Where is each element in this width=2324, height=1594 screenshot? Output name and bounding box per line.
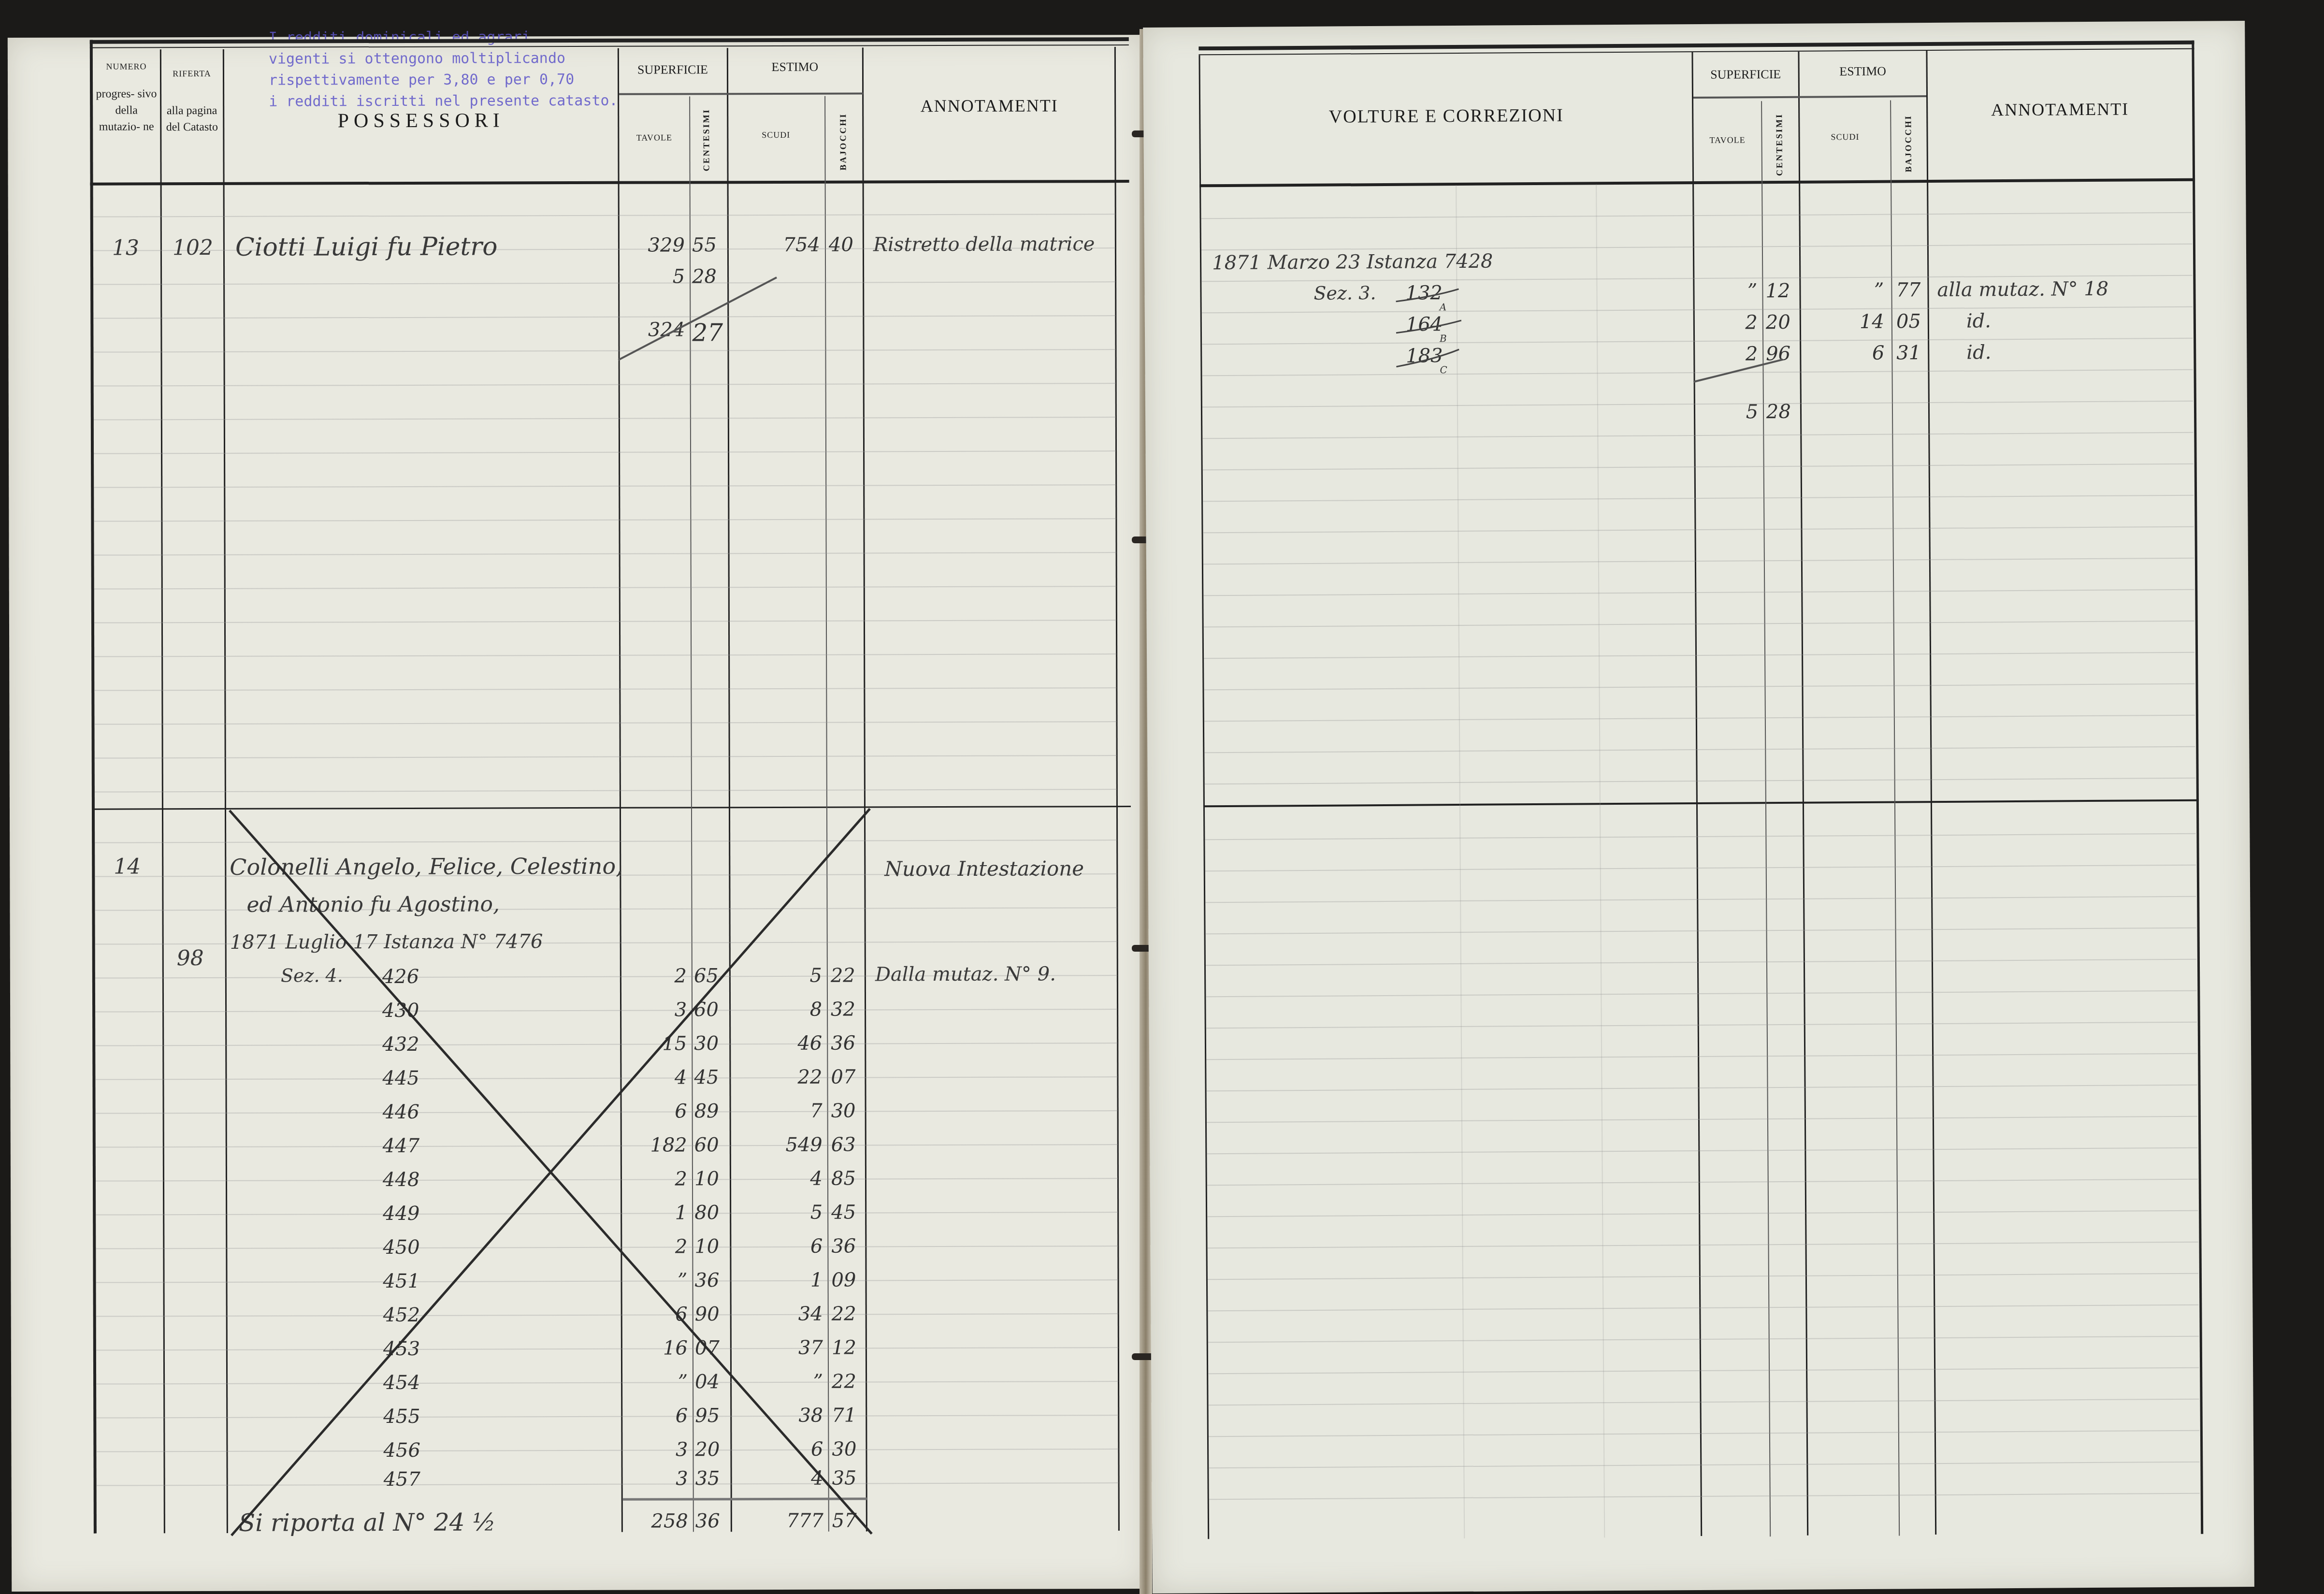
voltura-mappa: 132 [1405,282,1444,304]
entry-13-possessore: Ciotti Luigi fu Pietro [235,232,498,261]
header-superficie: SUPERFICIE [619,62,726,77]
parcel-bajocchi: 32 [831,998,860,1020]
voltura-item: 132 A ” 12 ” 77 alla mutaz. N° 18 [1143,21,2245,28]
voltura-centesimi: 96 [1766,343,1795,365]
voltura-sezione: Sez. 3. [1314,282,1376,304]
header-superficie: SUPERFICIE [1693,67,1798,82]
riporto-centesimi: 36 [695,1510,724,1532]
parcel-centesimi: 60 [694,999,723,1021]
parcel-bajocchi: 22 [832,1303,861,1325]
entry-14-annotamento-2: Dalla mutaz. N° 9. [875,963,1056,985]
voltura-scudi: 6 [1812,342,1884,365]
parcel-centesimi: 65 [694,965,723,987]
parcel-bajocchi: 85 [831,1167,860,1189]
parcel-centesimi: 60 [694,1134,723,1156]
entry-13-scudi: 754 [752,234,820,256]
parcel-mappa: 452 [383,1304,427,1326]
parcel-scudi: 549 [755,1134,823,1156]
parcel-tavole: 4 [624,1066,687,1088]
header-annotamenti: ANNOTAMENTI [1928,99,2192,120]
parcel-bajocchi: 36 [831,1032,860,1054]
parcel-bajocchi: 07 [831,1066,860,1088]
entry-13-centesimi-3: 27 [692,319,721,347]
parcel-tavole: 182 [624,1134,687,1156]
voltura-mappa: 164 [1406,313,1444,335]
entry-13-tavole-3: 324 [622,319,685,341]
parcel-tavole: 2 [624,1235,687,1258]
voltura-centesimi: 20 [1766,311,1795,333]
parcel-bajocchi: 30 [832,1438,861,1460]
stamp-line-1: I redditi dominicali ed agrari [269,27,618,49]
parcel-tavole: 6 [625,1405,688,1427]
parcel-scudi: 38 [755,1405,823,1427]
parcel-scudi: ” [755,1371,823,1393]
entry-13-tavole-2: 5 [622,265,685,288]
parcel-scudi: 22 [754,1066,822,1088]
header-possessori: POSSESSORI [225,109,617,133]
parcel-mappa: 448 [383,1169,426,1191]
riporto-bajocchi: 57 [832,1509,861,1532]
entry-14-sezione: Sez. 4. [281,965,343,986]
voltura-annotamento: id. [1966,341,1991,363]
parcel-tavole: 3 [624,999,687,1021]
parcel-scudi: 46 [754,1032,822,1055]
left-ledger-page: I redditi dominicali ed agrari vigenti s… [8,35,1147,1592]
entry-13-tavole-1: 329 [622,234,685,256]
voltura-tavole: 2 [1696,343,1758,365]
entry-separator-rule [92,806,1131,810]
parcel-tavole: ” [625,1371,688,1393]
parcel-centesimi: 45 [694,1066,723,1088]
parcel-centesimi: 10 [694,1168,723,1190]
parcel-scudi: 7 [755,1100,823,1122]
parcel-scudi: 4 [756,1467,823,1490]
header-bottom-rule [90,180,1129,186]
parcel-bajocchi: 12 [832,1336,861,1359]
frame-right-border [2192,41,2203,1534]
voltura-item: 164 B 2 20 14 05 id. [1143,21,2245,28]
header-centesimi: CENTESIMI [1774,113,1785,176]
total-rule [623,1497,867,1500]
parcel-centesimi: 20 [695,1438,724,1461]
riporto-scudi: 777 [756,1510,823,1532]
voltura-sub: C [1440,364,1447,376]
stamp-line-3: rispettivamente per 3,80 e per 0,70 [269,69,618,91]
frame-left-border [90,40,97,1534]
entry-14-numero: 14 [114,854,141,879]
parcel-mappa: 451 [383,1270,426,1292]
header-annotamenti: ANNOTAMENTI [864,95,1114,116]
parcel-bajocchi: 30 [831,1100,860,1122]
header-tavole: TAVOLE [619,132,689,143]
parcel-bajocchi: 35 [832,1467,861,1489]
voltura-mappa: 183 [1406,345,1444,367]
parcel-tavole: 2 [624,1168,687,1190]
parcel-mappa: 457 [384,1468,427,1491]
parcel-mappa: 456 [383,1439,427,1462]
entry-13-annotamento: Ristretto della matrice [873,233,1095,256]
voltura-bajocchi: 05 [1896,310,1925,333]
parcel-bajocchi: 63 [831,1133,860,1156]
parcel-scudi: 6 [755,1235,823,1258]
parcel-tavole: 2 [624,965,687,987]
entry-14-istanza: 1871 Luglio 17 Istanza N° 7476 [230,930,543,954]
entry-14-possessore-line-1: Colonelli Angelo, Felice, Celestino, [230,853,623,880]
parcel-mappa: 446 [383,1101,426,1123]
parcel-centesimi: 10 [694,1235,723,1258]
parcel-mappa: 453 [383,1338,427,1360]
header-estimo: ESTIMO [1800,64,1926,79]
col-divider-superficie [1798,52,1808,1536]
parcel-scudi: 5 [754,965,822,987]
parcel-mappa: 447 [383,1135,426,1157]
parcel-scudi: 1 [755,1269,823,1291]
parcel-centesimi: 30 [694,1032,723,1055]
entry-14-annotamento-1: Nuova Intestazione [884,856,1084,881]
parcel-tavole: 3 [625,1438,688,1461]
parcel-scudi: 37 [755,1337,823,1359]
parcel-bajocchi: 36 [831,1235,860,1257]
right-ledger-page: VOLTURE E CORREZIONI SUPERFICIE ESTIMO T… [1143,21,2254,1594]
parcel-mappa: 426 [382,966,426,988]
entry-13-centesimi-1: 55 [692,234,721,256]
riporto-label: Si riporta al N° 24 ½ [239,1508,496,1536]
parcel-tavole: 1 [624,1202,687,1224]
voltura-annotamento: alla mutaz. N° 18 [1937,278,2108,301]
entry-separator-rule [1203,799,2199,808]
frame-left-border [1198,55,1209,1539]
voltura-tavole: 2 [1696,311,1758,334]
parcel-tavole: ” [624,1269,687,1291]
voltura-sub: A [1440,301,1447,313]
header-volture-correzioni: VOLTURE E CORREZIONI [1200,104,1692,128]
header-tavole: TAVOLE [1694,135,1761,145]
voltura-bajocchi: 31 [1896,342,1925,364]
parcel-mappa: 432 [382,1033,426,1056]
entry-13-centesimi-2: 28 [692,265,721,288]
parcel-centesimi: 95 [695,1405,724,1427]
voltura-bajocchi: 77 [1896,279,1925,301]
col-divider-volture [1691,52,1702,1536]
voltura-total-centesimi: 28 [1766,401,1795,423]
parcel-mappa: 450 [383,1236,426,1259]
parcel-bajocchi: 22 [831,964,860,986]
voltura-total-tavole: 5 [1696,401,1758,423]
entry-14-possessore-line-2: ed Antonio fu Agostino, [246,892,500,917]
parcel-tavole: 15 [624,1032,687,1055]
header-numero-sub: progres- sivo della mutazio- ne [94,86,159,135]
header-bottom-rule [1199,178,2195,188]
voltura-centesimi: 12 [1765,280,1794,302]
header-scudi: SCUDI [1800,132,1890,143]
parcel-bajocchi: 09 [831,1269,860,1291]
voltura-sub: B [1440,333,1447,344]
col-divider-tavole [689,96,694,1532]
parcel-bajocchi: 45 [831,1201,860,1223]
stamp-line-2: vigenti si ottengono moltiplicando [269,48,618,70]
voltura-scudi: 14 [1812,311,1884,333]
parcel-centesimi: 90 [695,1303,724,1325]
parcel-centesimi: 89 [694,1100,723,1122]
subheader-rule [1693,95,1926,99]
header-scudi: SCUDI [729,130,823,141]
col-divider-estimo [1926,51,1936,1535]
header-centesimi: CENTESIMI [701,108,711,171]
parcel-scudi: 4 [755,1168,823,1190]
cancellation-cross [8,35,1147,1592]
parcel-tavole: 3 [625,1467,688,1490]
entry-13-riferta: 102 [173,235,213,260]
parcel-mappa: 430 [382,1000,426,1022]
header-riferta: RIFERTA [162,69,221,79]
voltura-tavole: ” [1695,280,1757,303]
parcel-scudi: 5 [755,1202,823,1224]
header-numero: NUMERO [94,61,159,72]
parcel-tavole: 16 [625,1337,688,1359]
parcel-scudi: 6 [755,1438,823,1461]
voltura-scudi: ” [1811,279,1884,302]
voltura-item: 183 C 2 96 6 31 id. [1143,21,2245,28]
parcel-centesimi: 07 [695,1337,724,1359]
parcel-mappa: 455 [383,1406,427,1428]
parcel-scudi: 34 [755,1303,823,1325]
parcel-tavole: 6 [625,1303,688,1325]
subheader-rule [619,92,863,95]
parcel-bajocchi: 22 [832,1370,861,1392]
parcel-bajocchi: 71 [832,1404,861,1426]
header-bajocchi: BAJOCCHI [1903,115,1914,172]
parcel-centesimi: 80 [694,1202,723,1224]
parcel-tavole: 6 [624,1100,687,1122]
parcel-centesimi: 04 [695,1371,724,1393]
parcel-centesimi: 35 [695,1467,724,1490]
parcel-scudi: 8 [754,999,822,1021]
parcel-mappa: 454 [383,1372,427,1394]
header-estimo: ESTIMO [728,59,862,74]
entry-14-riferta: 98 [177,946,204,971]
header-riferta-sub: alla pagina del Catasto [162,102,221,135]
entry-13-numero: 13 [112,235,139,260]
parcel-centesimi: 36 [694,1269,723,1291]
col-divider-scudi [824,96,829,1532]
parcel-mappa: 449 [383,1203,426,1225]
parcel-mappa: 445 [382,1067,426,1089]
header-bajocchi: BAJOCCHI [838,113,848,171]
voltura-istanza: 1871 Marzo 23 Istanza 7428 [1212,250,1493,275]
voltura-annotamento: id. [1966,310,1991,332]
riporto-tavole: 258 [625,1510,688,1532]
entry-13-bajocchi: 40 [829,233,858,256]
